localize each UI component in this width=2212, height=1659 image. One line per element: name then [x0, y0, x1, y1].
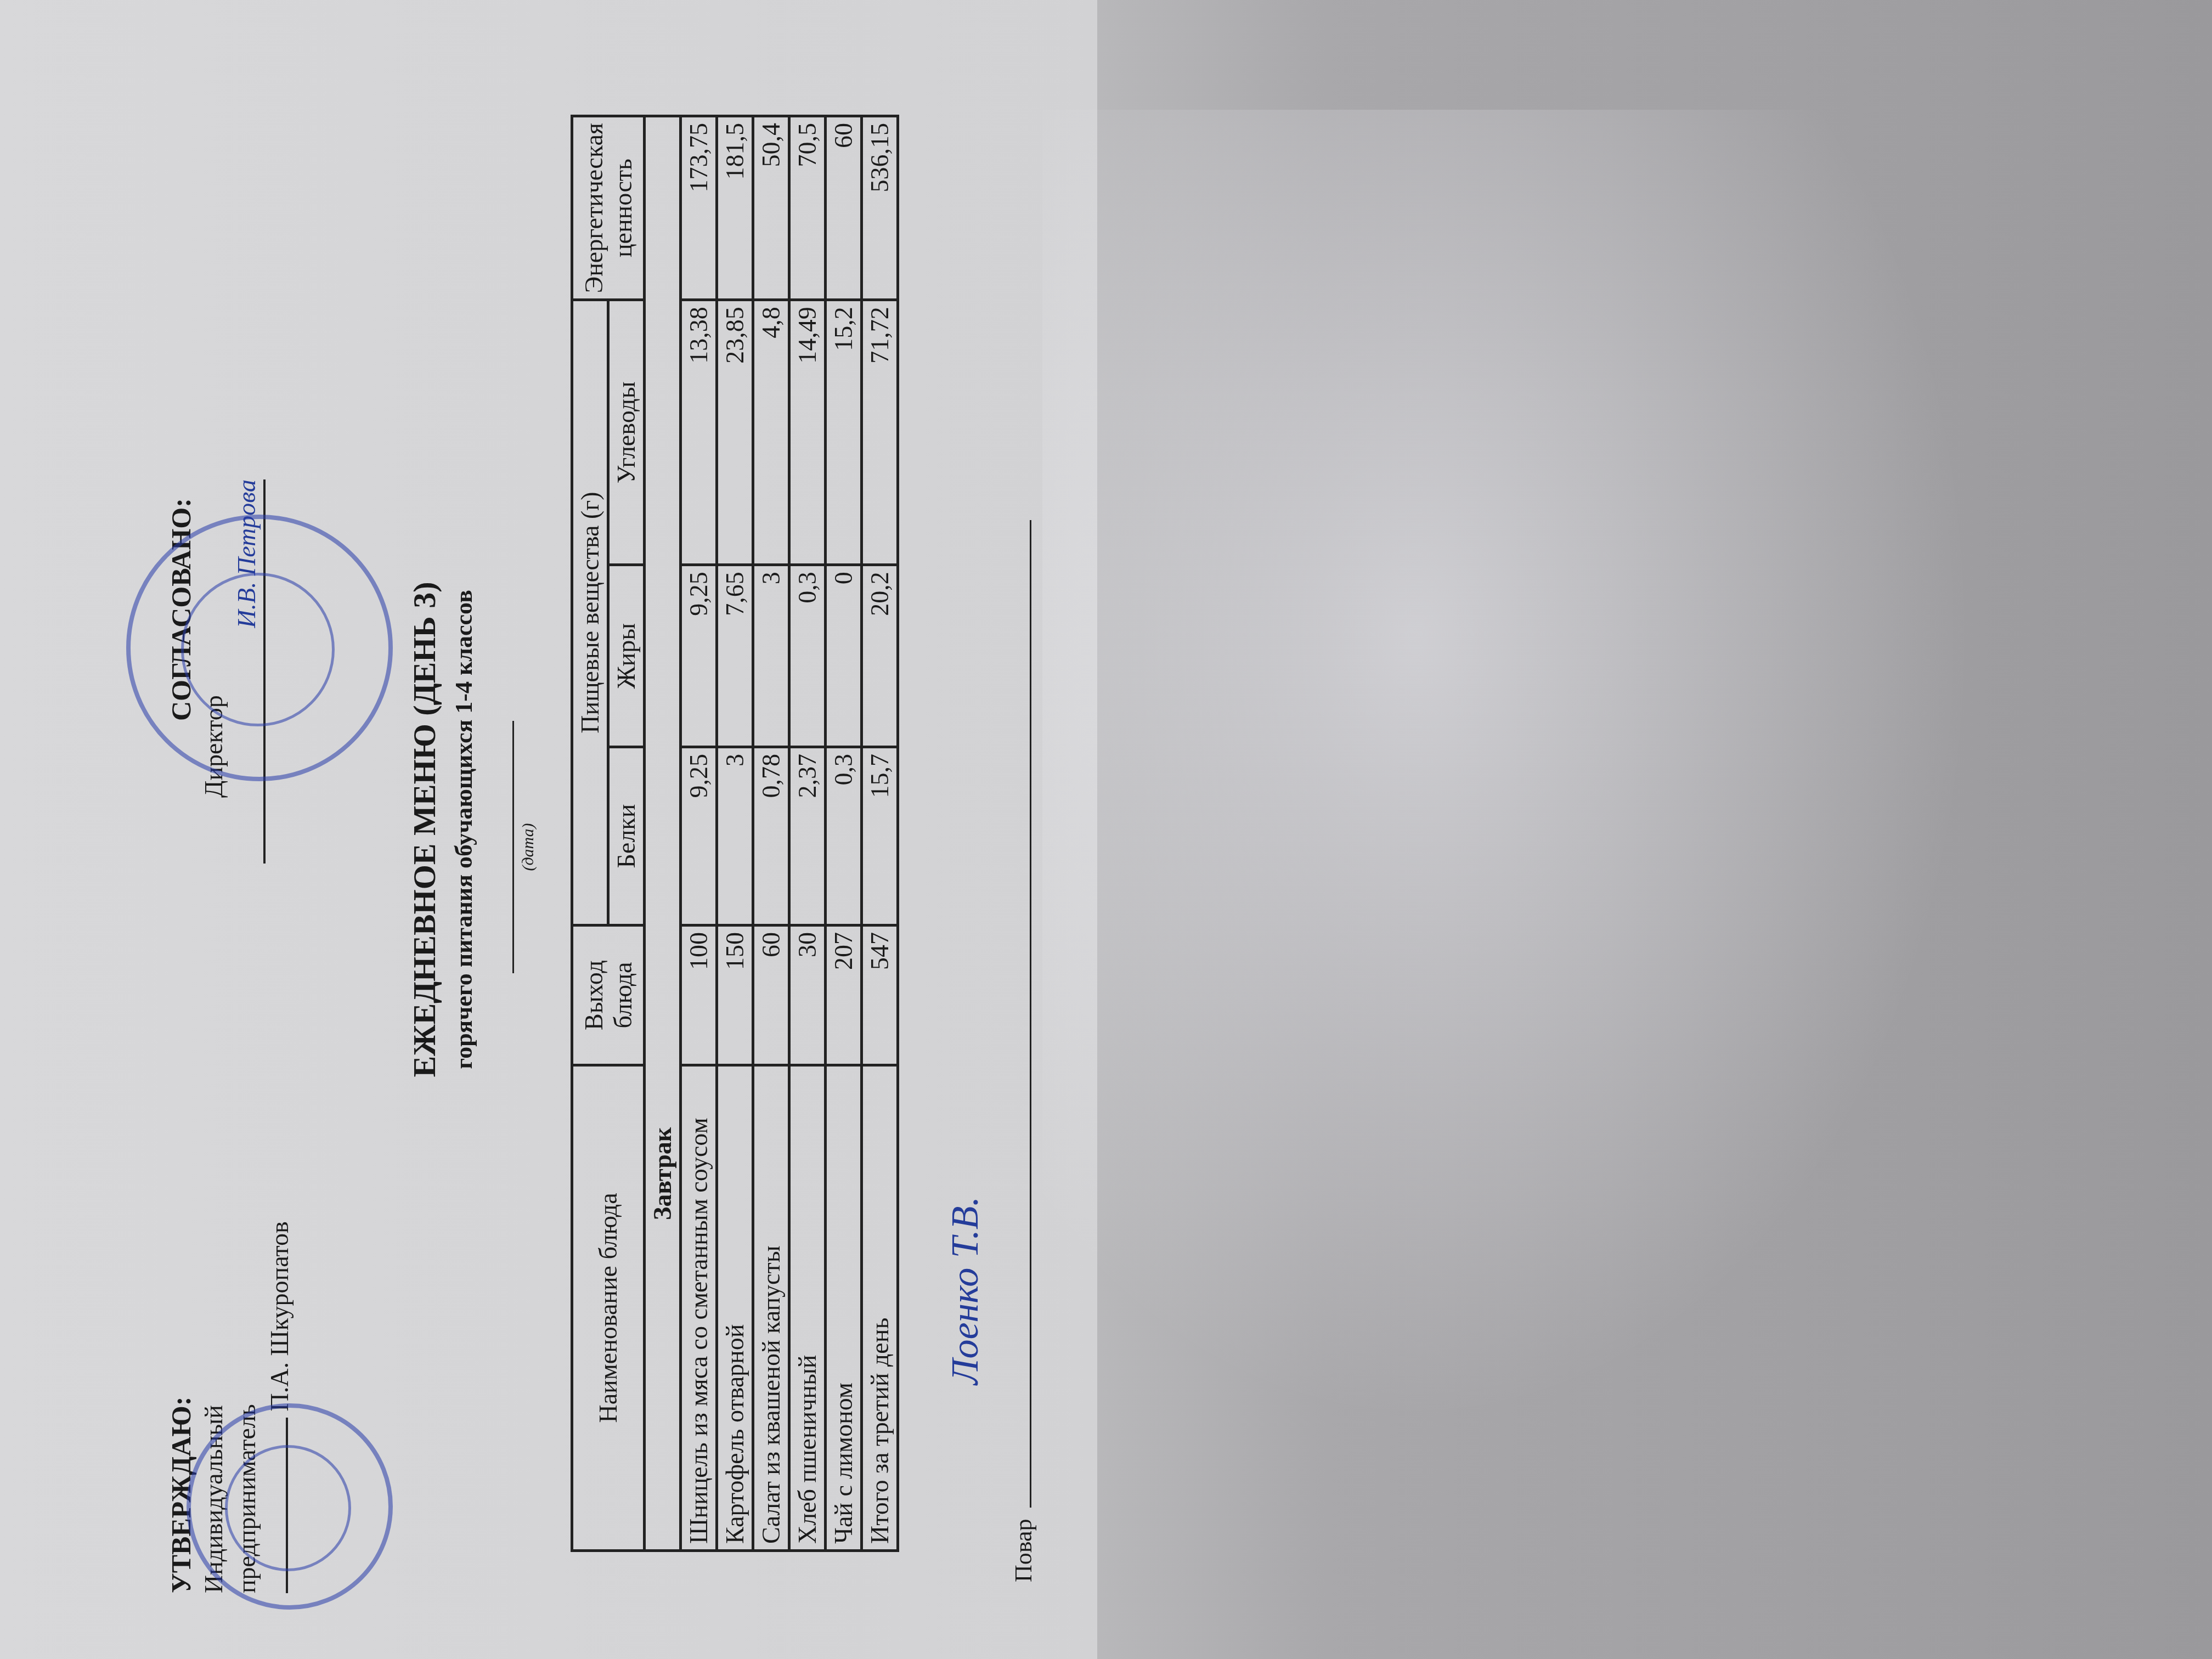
cell-yield: 547 — [862, 926, 898, 1065]
document-subtitle: горячего питания обучающихся 1-4 классов — [450, 0, 478, 1659]
cell-energy: 536,15 — [862, 116, 898, 300]
school-stamp-inner — [181, 573, 335, 726]
cell-protein: 0,78 — [753, 747, 789, 926]
col-energy-header: Энергетическая ценность — [572, 116, 645, 300]
table-row: Чай с лимоном 207 0,3 0 15,2 60 — [826, 116, 862, 1551]
cell-yield: 150 — [717, 926, 753, 1065]
col-protein-header: Белки — [608, 747, 645, 926]
cell-carbs: 13,38 — [681, 300, 717, 565]
document-title: ЕЖЕДНЕВНОЕ МЕНЮ (ДЕНЬ 3) — [406, 0, 443, 1659]
cell-yield: 100 — [681, 926, 717, 1065]
cell-name: Чай с лимоном — [826, 1065, 862, 1551]
cell-yield: 60 — [753, 926, 789, 1065]
cell-name: Шницель из мяса со сметанным соусом — [681, 1065, 717, 1551]
cell-name: Итого за третий день — [862, 1065, 898, 1551]
light-glare — [1042, 110, 1975, 1426]
cook-signature-line — [1030, 521, 1031, 1508]
cell-protein: 2,37 — [789, 747, 826, 926]
cell-name: Салат из квашеной капусты — [753, 1065, 789, 1551]
cook-footer: Повар — [1009, 521, 1037, 1583]
cell-protein: 0,3 — [826, 747, 862, 926]
col-name-header: Наименование блюда — [572, 1065, 645, 1551]
col-fat-header: Жиры — [608, 565, 645, 747]
col-yield-header: Выход блюда — [572, 926, 645, 1065]
cell-name: Картофель отварной — [717, 1065, 753, 1551]
table-row: Картофель отварной 150 3 7,65 23,85 181,… — [717, 116, 753, 1551]
cook-signature: Лоенко Т.В. — [944, 1197, 988, 1385]
approve-name: П.А. Шкуропатов — [266, 1221, 294, 1411]
cell-energy: 60 — [826, 116, 862, 300]
table-row: Салат из квашеной капусты 60 0,78 3 4,8 … — [753, 116, 789, 1551]
cell-energy: 181,5 — [717, 116, 753, 300]
cell-protein: 15,7 — [862, 747, 898, 926]
cell-carbs: 71,72 — [862, 300, 898, 565]
cell-carbs: 14,49 — [789, 300, 826, 565]
document-page: УТВЕРЖДАЮ: Индивидуальный предпринимател… — [0, 0, 1070, 1659]
total-row: Итого за третий день 547 15,7 20,2 71,72… — [862, 116, 898, 1551]
cell-fat: 3 — [753, 565, 789, 747]
cell-carbs: 23,85 — [717, 300, 753, 565]
cell-fat: 9,25 — [681, 565, 717, 747]
table-row: Шницель из мяса со сметанным соусом 100 … — [681, 116, 717, 1551]
date-label: (дата) — [519, 823, 537, 871]
cell-yield: 30 — [789, 926, 826, 1065]
cell-protein: 9,25 — [681, 747, 717, 926]
date-field: (дата) — [494, 721, 514, 973]
cell-energy: 173,75 — [681, 116, 717, 300]
cell-fat: 7,65 — [717, 565, 753, 747]
cell-fat: 0 — [826, 565, 862, 747]
section-breakfast: Завтрак — [645, 116, 681, 1551]
cell-energy: 50,4 — [753, 116, 789, 300]
cell-yield: 207 — [826, 926, 862, 1065]
table-row: Хлеб пшеничный 30 2,37 0,3 14,49 70,5 — [789, 116, 826, 1551]
col-nutrients-header: Пищевые вещества (г) — [572, 300, 608, 926]
col-carbs-header: Углеводы — [608, 300, 645, 565]
cell-carbs: 15,2 — [826, 300, 862, 565]
cell-protein: 3 — [717, 747, 753, 926]
menu-table: Наименование блюда Выход блюда Пищевые в… — [571, 115, 899, 1552]
cell-fat: 0,3 — [789, 565, 826, 747]
ip-stamp-inner — [225, 1445, 351, 1571]
cell-fat: 20,2 — [862, 565, 898, 747]
cook-label: Повар — [1010, 1519, 1037, 1583]
cell-name: Хлеб пшеничный — [789, 1065, 826, 1551]
cell-carbs: 4,8 — [753, 300, 789, 565]
cell-energy: 70,5 — [789, 116, 826, 300]
